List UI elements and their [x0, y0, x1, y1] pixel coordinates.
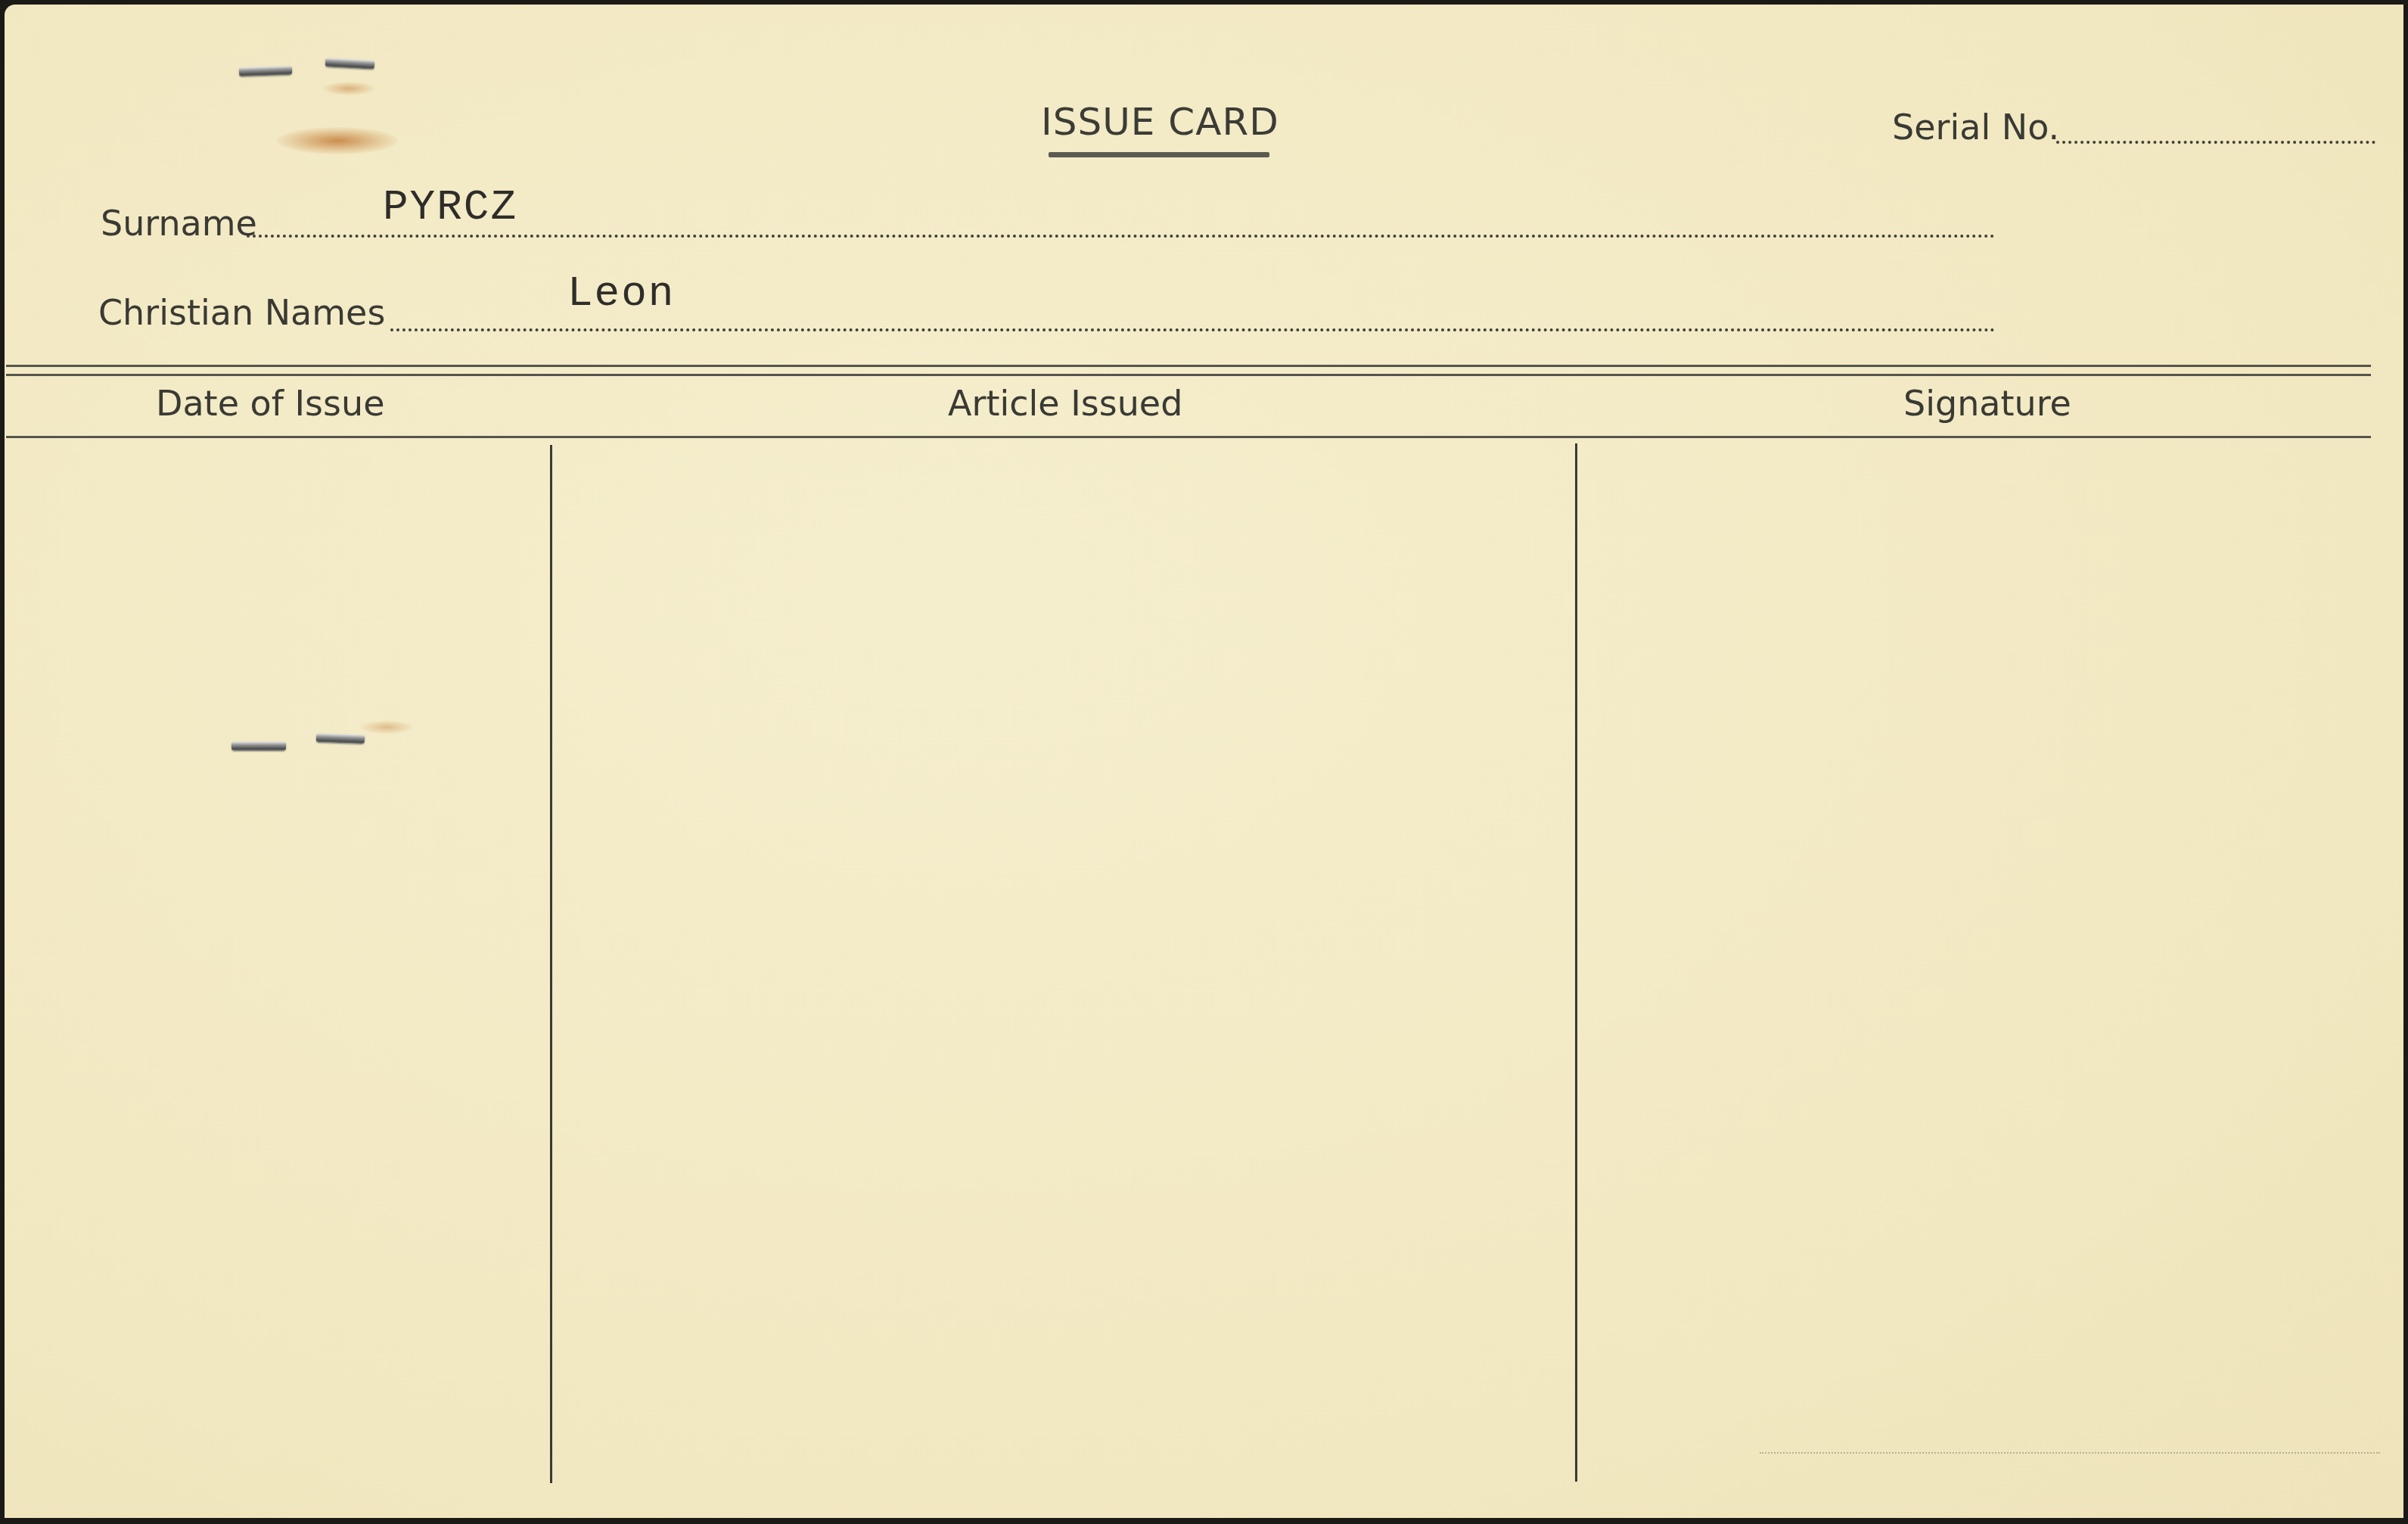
issue-card: ISSUE CARD Serial No. Surname PYRCZ Chri… [5, 5, 2403, 1518]
staple-icon [231, 742, 286, 751]
rust-stain [277, 127, 398, 154]
header-double-rule-top [6, 365, 2371, 367]
header-double-rule-bottom [6, 374, 2371, 376]
christian-names-field-line [390, 328, 1996, 331]
christian-names-label: Christian Names [98, 292, 385, 333]
surname-field-line [247, 235, 1996, 238]
rust-stain [360, 720, 413, 734]
staple-icon [325, 58, 375, 69]
surname-label: Surname [101, 203, 257, 244]
column-header-date-of-issue: Date of Issue [156, 383, 384, 424]
column-divider-1 [550, 445, 552, 1483]
card-title: ISSUE CARD [1041, 100, 1279, 144]
rust-stain [322, 82, 375, 95]
column-header-signature: Signature [1903, 383, 2071, 424]
christian-names-value: Leon [567, 269, 675, 318]
title-underline [1049, 152, 1269, 157]
header-bottom-rule [6, 436, 2371, 438]
faint-dotted-line [1760, 1452, 2380, 1454]
serial-no-field [2056, 141, 2375, 144]
staple-icon [316, 733, 365, 744]
staple-icon [239, 66, 292, 76]
serial-no-label: Serial No. [1892, 107, 2059, 148]
surname-value: PYRCZ [383, 183, 517, 232]
column-divider-2 [1575, 443, 1577, 1482]
column-header-article-issued: Article Issued [948, 383, 1182, 424]
